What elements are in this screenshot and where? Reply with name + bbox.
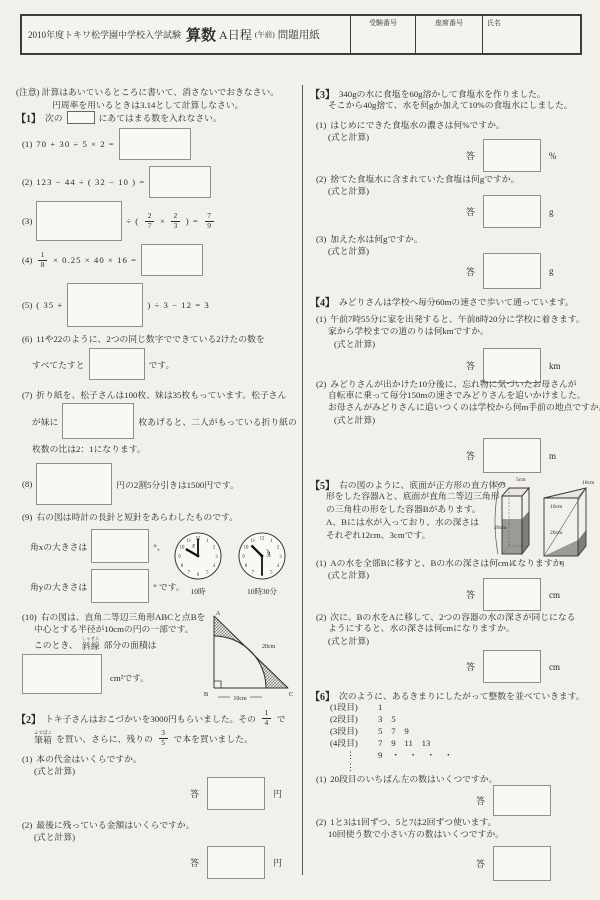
q2-text-2a: を買い、さらに、残りの bbox=[56, 732, 153, 745]
q5-2-text-2: ようにすると、水の深さは何cmになりますか。 bbox=[328, 622, 515, 634]
q3-1-formula-note: (式と計算) bbox=[328, 131, 369, 143]
q5-text-5: それぞれ12cm、3cmです。 bbox=[326, 529, 430, 541]
q6-row5-numbers: 9 ・ ・ ・ ・ bbox=[378, 750, 453, 760]
q4-2-number: (2) bbox=[316, 379, 326, 389]
q4-2-answer-label: 答 bbox=[466, 449, 475, 462]
q3-item-3: (3) 加えた水は何gですか。 bbox=[316, 232, 423, 245]
q3-text-2: そこから40g捨て、水を何gか加えて10%の食塩水にしました。 bbox=[328, 99, 573, 111]
seat-number-label: 座席番号 bbox=[416, 18, 482, 28]
q1-3-fraction-1: 27 bbox=[145, 212, 154, 230]
q2-text-1b: で bbox=[277, 712, 286, 725]
q2-ruby-text: ふでばこ bbox=[34, 730, 52, 735]
q1-item-10-line-1: (10) 右の図は、直角二等辺三角形ABCと点Bを bbox=[22, 610, 205, 623]
q6-sequence-row-2: (2段目)3 5 bbox=[330, 713, 396, 725]
title-paper-type: 問題用紙 bbox=[278, 27, 320, 42]
name-field[interactable]: 氏名 bbox=[483, 16, 580, 53]
q1-item-9-line-1: (9) 右の図は時計の長針と短針をあらわしたものです。 bbox=[22, 510, 238, 523]
q6-row2-numbers: 3 5 bbox=[378, 714, 396, 724]
exam-number-field[interactable]: 受験番号 bbox=[351, 16, 416, 53]
q1-1-expression: 70 + 30 ÷ 5 × 2 = bbox=[36, 139, 115, 149]
q1-item-6-line-1: (6) 11や22のように、2つの同じ数字でできている2けたの数を bbox=[22, 332, 265, 345]
triangle-hypotenuse-label: 20cm bbox=[262, 644, 276, 650]
q1-heading: 【1】 次の にあてはまる数を入れなさい。 bbox=[16, 110, 222, 125]
q2-1-number: (1) bbox=[22, 754, 32, 764]
q6-2-number: (2) bbox=[316, 817, 326, 827]
q6-1-answer-group: 答 bbox=[476, 785, 551, 816]
q1-item-2: (2) 123 − 44 ÷ ( 32 − 10 ) = bbox=[22, 165, 211, 199]
q1-8-post: 円の2割5分引きは1500円です。 bbox=[116, 478, 238, 491]
q1-7-pre: が妹に bbox=[32, 415, 58, 428]
q5-text-2: 形をした容器Aと、底面が直角二等辺三角形 bbox=[326, 490, 500, 502]
q1-4-expression: × 0.25 × 40 × 16 = bbox=[53, 255, 137, 265]
q2-fudebako-ruby: 筆箱ふでばこ bbox=[34, 730, 52, 746]
q3-1-answer-box[interactable] bbox=[483, 139, 541, 172]
header: 2010年度トキワ松学園中学校入学試験 算数 A日程 (午前) 問題用紙 受験番… bbox=[20, 14, 582, 55]
q1-9-text: 右の図は時計の長針と短針をあらわしたものです。 bbox=[36, 510, 238, 523]
q1-1-answer-box[interactable] bbox=[119, 128, 191, 160]
q4-text: みどりさんは学校へ毎分60mの速さで歩いて通っています。 bbox=[339, 295, 574, 308]
q4-2-formula-note: (式と計算) bbox=[334, 414, 375, 426]
q1-3-answer-box[interactable] bbox=[36, 201, 122, 241]
triangle-arc-figure: A B C 20cm 10cm bbox=[194, 608, 296, 706]
q1-heading-post: にあてはまる数を入れなさい。 bbox=[99, 111, 222, 124]
title-subject: 算数 bbox=[186, 24, 216, 45]
q6-row3-label: (3段目) bbox=[330, 725, 378, 737]
q3-2-unit: g bbox=[549, 207, 554, 217]
q1-9-x-pre: 角xの大きさは bbox=[30, 540, 87, 553]
triangle-base-label: 10cm bbox=[233, 696, 247, 702]
q1-4-number: (4) bbox=[22, 255, 32, 265]
header-title: 2010年度トキワ松学園中学校入学試験 算数 A日程 (午前) 問題用紙 bbox=[22, 16, 351, 53]
q5-item-1: (1) Aの水を全部Bに移すと、Bの水の深さは何cmになりますか。 bbox=[316, 556, 570, 569]
q1-5-answer-box[interactable] bbox=[67, 283, 143, 327]
q3-3-number: (3) bbox=[316, 234, 326, 244]
q2-item-1: (1) 本の代金はいくらですか。 bbox=[22, 752, 142, 765]
q1-10-number: (10) bbox=[22, 612, 37, 622]
q1-4-fraction: 18 bbox=[38, 251, 47, 269]
q1-9-angle-y-row: 角yの大きさは ° です。 bbox=[30, 568, 185, 604]
q3-2-answer-label: 答 bbox=[466, 205, 475, 218]
q1-5-number: (5) bbox=[22, 300, 32, 310]
q3-2-number: (2) bbox=[316, 174, 326, 184]
q6-2-answer-box[interactable] bbox=[493, 846, 551, 881]
q2-item-2: (2) 最後に残っている金額はいくらですか。 bbox=[22, 818, 195, 831]
q1-4-answer-box[interactable] bbox=[141, 244, 203, 276]
q3-3-answer-label: 答 bbox=[466, 265, 475, 278]
title-schedule-note: (午前) bbox=[255, 29, 275, 40]
q1-9-y-answer-box[interactable] bbox=[91, 569, 149, 603]
clock1-numeral-11: 11 bbox=[186, 539, 191, 544]
q1-9-x-answer-box[interactable] bbox=[91, 529, 149, 563]
q4-2-answer-group: 答 m bbox=[466, 438, 556, 473]
q3-1-question: はじめにできた食塩水の濃さは何%ですか。 bbox=[330, 118, 504, 131]
clock1-caption: 10時 bbox=[172, 586, 224, 597]
q1-10-text-3b: 部分の面積は bbox=[104, 638, 157, 651]
clock2-numeral-10: 10 bbox=[244, 546, 249, 551]
q3-2-formula-note: (式と計算) bbox=[328, 185, 369, 197]
q4-item-1-line-1: (1) 午前7時55分に家を出発すると、午前8時20分に学校に着きます。 bbox=[316, 312, 585, 325]
q1-item-7-line-1: (7) 折り紙を、松子さんは100枚、妹は35枚もっています。松子さん bbox=[22, 388, 286, 401]
q1-7-answer-box[interactable] bbox=[62, 403, 134, 439]
q2-2-answer-label: 答 bbox=[190, 856, 199, 869]
q1-item-3: (3) ÷ ( 27 × 23 ) = 79 bbox=[22, 200, 216, 242]
exam-number-label: 受験番号 bbox=[351, 18, 415, 28]
q1-3-divide: ÷ ( bbox=[126, 216, 139, 226]
clock2-numeral-12: 12 bbox=[260, 537, 265, 542]
q2-2-formula-note: (式と計算) bbox=[34, 831, 75, 843]
q1-3-fraction-2: 23 bbox=[171, 212, 180, 230]
q5-2-number: (2) bbox=[316, 612, 326, 622]
q2-2-question: 最後に残っている金額はいくらですか。 bbox=[36, 818, 194, 831]
q5-text-3: の三角柱の形をした容器Bがあります。 bbox=[326, 503, 481, 515]
q2-heading-line-2: 筆箱ふでばこ を買い、さらに、残りの 35 で本を買いました。 bbox=[34, 728, 253, 748]
name-label: 氏名 bbox=[487, 18, 501, 28]
q2-1-question: 本の代金はいくらですか。 bbox=[36, 752, 141, 765]
q4-1-number: (1) bbox=[316, 314, 326, 324]
q5-2-answer-box[interactable] bbox=[483, 650, 541, 683]
q3-2-answer-group: 答 g bbox=[466, 195, 554, 228]
q1-item-10-line-2: 中心とする半径が10cmの円の一部です。 bbox=[34, 623, 194, 635]
q4-2-answer-box[interactable] bbox=[483, 438, 541, 473]
q6-1-answer-box[interactable] bbox=[493, 785, 551, 816]
q1-3-number: (3) bbox=[22, 216, 32, 226]
q5-1-answer-box[interactable] bbox=[483, 578, 541, 611]
q6-row1-label: (1段目) bbox=[330, 701, 378, 713]
q1-9-angle-x-row: 角xの大きさは °、 bbox=[30, 528, 166, 564]
q5-1-question: Aの水を全部Bに移すと、Bの水の深さは何cmになりますか。 bbox=[330, 556, 570, 569]
q6-1-answer-label: 答 bbox=[476, 794, 485, 807]
q2-1-formula-note: (式と計算) bbox=[34, 765, 75, 777]
q1-10-ruby-text: しゃせん bbox=[82, 636, 100, 641]
q2-number: 【2】 bbox=[16, 711, 41, 726]
q2-2-unit: 円 bbox=[273, 856, 282, 869]
q4-number: 【4】 bbox=[310, 294, 335, 309]
clock-figure-10-00: 12 1 2 3 4 5 6 7 8 9 10 11 x bbox=[172, 530, 224, 582]
q5-1-answer-group: 答 cm bbox=[466, 578, 560, 611]
q6-row4-numbers: 7 9 11 13 bbox=[378, 738, 430, 748]
q2-heading-line-1: 【2】 トキ子さんはおこづかいを3000円もらいました。その 14 で bbox=[16, 708, 286, 728]
q1-1-number: (1) bbox=[22, 139, 32, 149]
q2-fraction-2: 35 bbox=[159, 729, 168, 747]
q2-2-number: (2) bbox=[22, 820, 32, 830]
clock1-numeral-10: 10 bbox=[180, 546, 185, 551]
q1-3-equals: ) = bbox=[186, 216, 199, 226]
q1-3-times: × bbox=[160, 216, 165, 226]
q2-2-answer-box[interactable] bbox=[207, 846, 265, 879]
q1-6-number: (6) bbox=[22, 334, 32, 344]
q1-2-answer-box[interactable] bbox=[149, 166, 211, 198]
q1-10-shasen-ruby: 斜線しゃせん bbox=[82, 636, 100, 652]
q4-2-text-3: お母さんがみどりさんに追いつくのは学校から何m手前の地点ですか。 bbox=[328, 401, 600, 413]
q5-1-number: (1) bbox=[316, 558, 326, 568]
q4-2-text-2: 自転車に乗って毎分150mの速さでみどりさんを追いかけました。 bbox=[328, 389, 586, 401]
q4-2-unit: m bbox=[549, 451, 556, 461]
q3-3-answer-group: 答 g bbox=[466, 253, 554, 289]
q1-item-7-line-2: が妹に 枚あげると、二人がもっている折り紙の bbox=[32, 402, 297, 440]
q1-5-pre: ( 35 + bbox=[36, 300, 63, 310]
q4-1-text-1: 午前7時55分に家を出発すると、午前8時20分に学校に着きます。 bbox=[330, 312, 584, 325]
q6-sequence-row-5: ⋮9 ・ ・ ・ ・ bbox=[330, 749, 453, 761]
q3-3-answer-box[interactable] bbox=[483, 253, 541, 289]
q3-1-unit: % bbox=[549, 151, 557, 161]
q3-1-number: (1) bbox=[316, 120, 326, 130]
q6-2-text-2: 10回使う数で小さい方の数はいくつですか。 bbox=[328, 828, 504, 840]
q1-6-answer-box[interactable] bbox=[89, 348, 145, 380]
q6-2-text-1: 1と3は1回ずつ、5と7は2回ずつ使います。 bbox=[330, 815, 496, 828]
q1-7-text-1: 折り紙を、松子さんは100枚、妹は35枚もっています。松子さん bbox=[36, 388, 286, 401]
container-a-height-label: 20cm bbox=[494, 525, 507, 531]
q1-5-post: ) ÷ 3 − 12 = 3 bbox=[147, 300, 209, 310]
clock-figure-10-30: 12 1 2 3 4 5 6 7 8 9 10 11 y bbox=[236, 530, 288, 582]
q2-1-answer-box[interactable] bbox=[207, 777, 265, 810]
q1-item-1: (1) 70 + 30 ÷ 5 × 2 = bbox=[22, 127, 191, 161]
q1-6-text: 11や22のように、2つの同じ数字でできている2けたの数を bbox=[36, 332, 264, 345]
q6-2-answer-label: 答 bbox=[476, 857, 485, 870]
q2-ruby-base: 筆箱 bbox=[34, 735, 52, 745]
container-a-width-label: 5cm bbox=[516, 477, 526, 483]
q5-text-4: A、Bには水が入っており、水の深さは bbox=[326, 516, 479, 528]
q1-inline-blank bbox=[67, 111, 95, 124]
q2-1-unit: 円 bbox=[273, 787, 282, 800]
q5-1-formula-note: (式と計算) bbox=[328, 569, 369, 581]
q1-9-y-pre: 角yの大きさは bbox=[30, 580, 87, 593]
q1-2-number: (2) bbox=[22, 177, 32, 187]
q6-1-question: 20段目のいちばん左の数はいくつですか。 bbox=[330, 772, 497, 785]
q1-8-number: (8) bbox=[22, 479, 32, 489]
q1-8-answer-box[interactable] bbox=[36, 463, 112, 505]
container-a-depth-label: 5cm bbox=[496, 481, 506, 487]
q5-1-unit: cm bbox=[549, 590, 560, 600]
q5-1-answer-label: 答 bbox=[466, 588, 475, 601]
q4-1-unit: km bbox=[549, 361, 561, 371]
q1-10-unit: cm²です。 bbox=[110, 672, 149, 684]
q1-10-text-3a: このとき、 bbox=[34, 638, 78, 651]
q1-7-post: 枚あげると、二人がもっている折り紙の bbox=[138, 415, 296, 428]
q1-item-7-line-3: 枚数の比は2：1になります。 bbox=[32, 443, 146, 455]
q1-2-expression: 123 − 44 ÷ ( 32 − 10 ) = bbox=[36, 177, 145, 187]
q1-9-number: (9) bbox=[22, 512, 32, 522]
q1-10-ruby-base: 斜線 bbox=[82, 641, 100, 651]
q1-7-number: (7) bbox=[22, 390, 32, 400]
triangle-vertex-b-label: B bbox=[204, 691, 209, 698]
notice-line-1: (注意) 計算はあいているところに書いて、消さないでおきなさい。 bbox=[16, 86, 279, 98]
q2-1-answer-label: 答 bbox=[190, 787, 199, 800]
q6-sequence-row-4: (4段目)7 9 11 13 bbox=[330, 737, 430, 749]
q2-text-1a: トキ子さんはおこづかいを3000円もらいました。その bbox=[45, 712, 256, 725]
q6-row3-numbers: 5 7 9 bbox=[378, 726, 409, 736]
q6-2-answer-group: 答 bbox=[476, 846, 551, 881]
q6-row2-label: (2段目) bbox=[330, 713, 378, 725]
seat-number-field[interactable]: 座席番号 bbox=[416, 16, 483, 53]
q6-1-number: (1) bbox=[316, 774, 326, 784]
q3-3-unit: g bbox=[549, 266, 554, 276]
q2-fraction-1: 14 bbox=[262, 709, 271, 727]
q6-row4-label: (4段目) bbox=[330, 737, 378, 749]
q2-1-answer-group: 答 円 bbox=[190, 777, 282, 810]
triangle-vertex-a-label: A bbox=[216, 610, 221, 617]
q3-1-answer-group: 答 % bbox=[466, 139, 557, 172]
q6-row5-label: ⋮ bbox=[330, 749, 378, 761]
q1-heading-pre: 次の bbox=[45, 111, 63, 124]
q3-1-answer-label: 答 bbox=[466, 149, 475, 162]
q3-2-question: 捨てた食塩水に含まれていた食塩は何gですか。 bbox=[330, 172, 519, 185]
container-b-width-label: 10cm bbox=[550, 504, 563, 510]
q3-item-1: (1) はじめにできた食塩水の濃さは何%ですか。 bbox=[316, 118, 505, 131]
q5-2-formula-note: (式と計算) bbox=[328, 635, 369, 647]
q1-6-post: です。 bbox=[149, 358, 175, 371]
clock2-caption: 10時30分 bbox=[232, 586, 292, 597]
q1-item-5: (5) ( 35 + ) ÷ 3 − 12 = 3 bbox=[22, 282, 210, 328]
q6-item-2-line-1: (2) 1と3は1回ずつ、5と7は2回ずつ使います。 bbox=[316, 815, 496, 828]
q5-2-answer-label: 答 bbox=[466, 660, 475, 673]
exam-page: 2010年度トキワ松学園中学校入学試験 算数 A日程 (午前) 問題用紙 受験番… bbox=[0, 0, 600, 900]
q3-2-answer-box[interactable] bbox=[483, 195, 541, 228]
q6-sequence-row-3: (3段目)5 7 9 bbox=[330, 725, 409, 737]
q1-6-pre: すべてたすと bbox=[32, 358, 85, 371]
title-year: 2010年度トキワ松学園中学校入学試験 bbox=[28, 28, 181, 41]
q1-10-text-1: 右の図は、直角二等辺三角形ABCと点Bを bbox=[41, 610, 206, 623]
q4-1-formula-note: (式と計算) bbox=[334, 338, 375, 350]
q1-item-10-line-3: このとき、 斜線しゃせん 部分の面積は bbox=[34, 636, 156, 652]
q1-item-6-line-2: すべてたすと です。 bbox=[32, 347, 174, 381]
triangle-vertex-c-label: C bbox=[289, 691, 293, 698]
q1-item-4: (4) 18 × 0.25 × 40 × 16 = bbox=[22, 242, 203, 278]
column-divider bbox=[302, 85, 303, 875]
q5-2-answer-group: 答 cm bbox=[466, 650, 560, 683]
clock2-numeral-11: 11 bbox=[250, 539, 255, 544]
q1-10-answer-box[interactable] bbox=[22, 654, 102, 694]
q2-2-answer-group: 答 円 bbox=[190, 846, 282, 879]
q6-row1-numbers: 1 bbox=[378, 702, 382, 712]
q4-1-answer-label: 答 bbox=[466, 359, 475, 372]
container-b-height-label: 20cm bbox=[550, 530, 563, 536]
title-schedule: A日程 bbox=[219, 26, 252, 43]
q5-2-unit: cm bbox=[549, 662, 560, 672]
q1-3-result-fraction: 79 bbox=[205, 212, 214, 230]
q2-text-2b: で本を買いました。 bbox=[174, 732, 253, 745]
container-b-edge-label: 10cm bbox=[582, 480, 595, 486]
q4-1-text-2: 家から学校までの道のりは何kmですか。 bbox=[328, 325, 489, 337]
q1-9-x-post: °、 bbox=[153, 540, 165, 553]
q1-item-8: (8) 円の2割5分引きは1500円です。 bbox=[22, 462, 239, 506]
q3-3-question: 加えた水は何gですか。 bbox=[330, 232, 422, 245]
q6-item-1: (1) 20段目のいちばん左の数はいくつですか。 bbox=[316, 772, 497, 785]
q4-heading: 【4】 みどりさんは学校へ毎分60mの速さで歩いて通っています。 bbox=[310, 294, 574, 309]
q3-item-2: (2) 捨てた食塩水に含まれていた食塩は何gですか。 bbox=[316, 172, 519, 185]
q6-sequence-row-1: (1段目)1 bbox=[330, 701, 382, 713]
q3-3-formula-note: (式と計算) bbox=[328, 245, 369, 257]
q1-number: 【1】 bbox=[16, 110, 41, 125]
